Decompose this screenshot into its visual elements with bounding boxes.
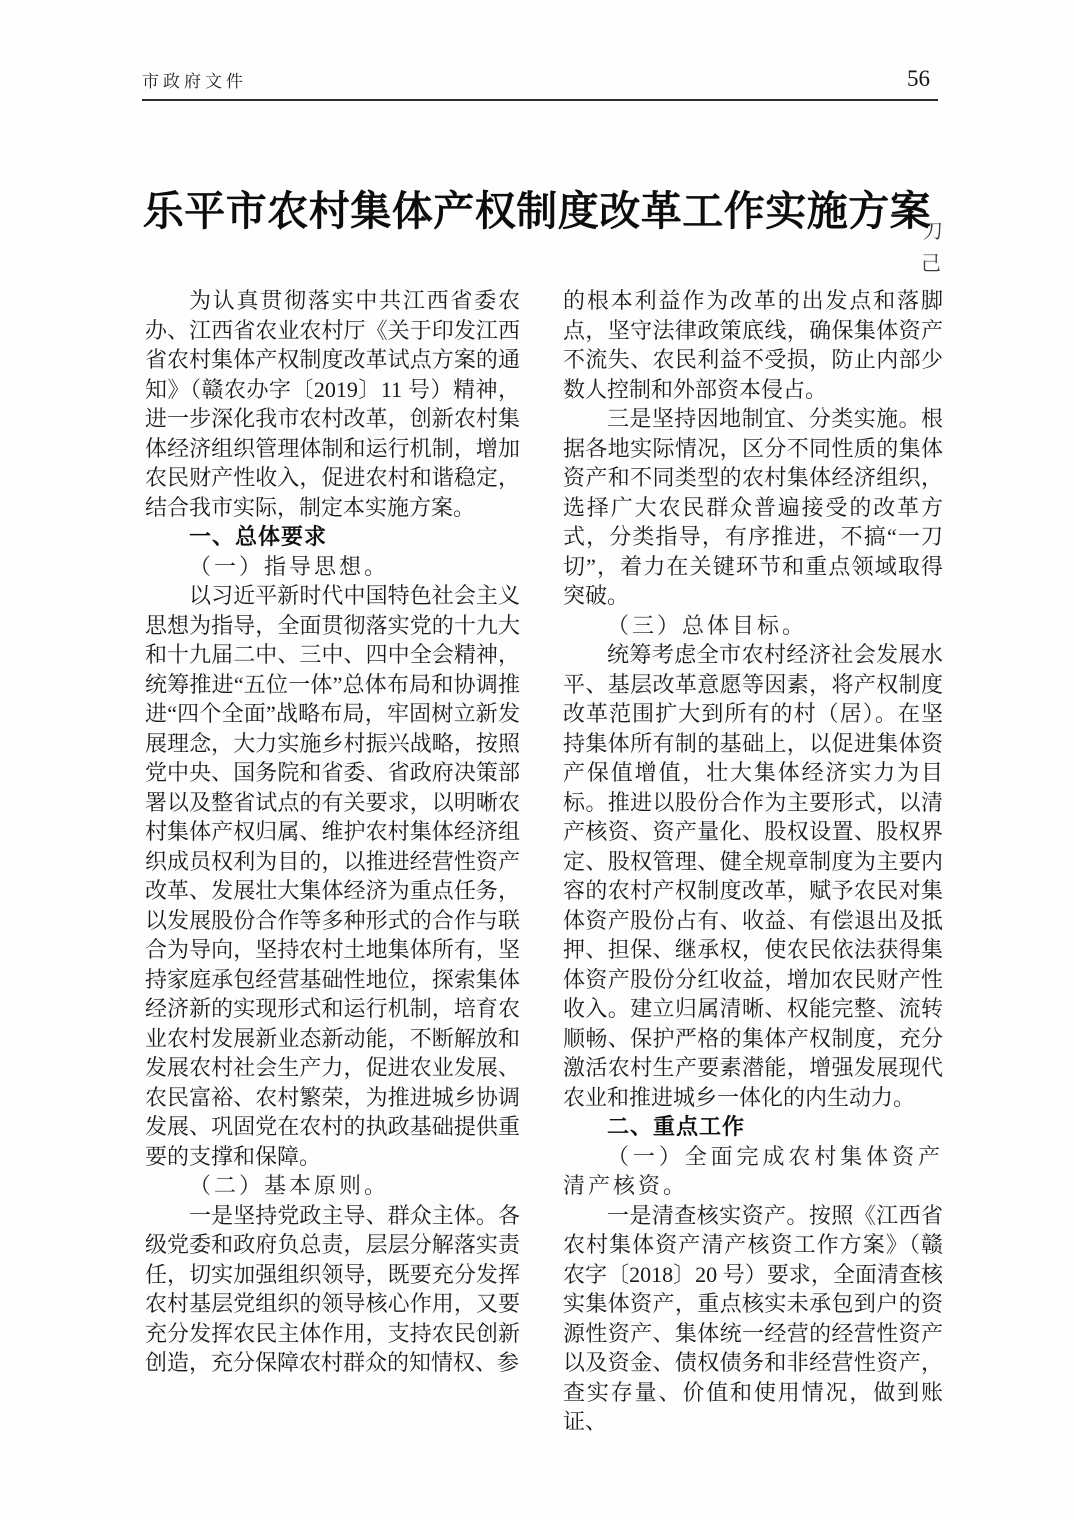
paragraph: 以习近平新时代中国特色社会主义思想为指导，全面贯彻落实党的十九大和十九届二中、三…	[145, 581, 520, 1171]
page-number: 56	[907, 66, 938, 92]
section-heading: 一、总体要求	[145, 522, 520, 552]
text-column-right: 的根本利益作为改革的出发点和落脚点，坚守法律政策底线，确保集体资产不流失、农民利…	[563, 286, 943, 1437]
subsection-heading: （二）基本原则。	[145, 1171, 520, 1201]
document-title: 乐平市农村集体产权制度改革工作实施方案	[0, 178, 1074, 237]
running-header: 市政府文件 56	[142, 66, 938, 101]
paragraph: 一是坚持党政主导、群众主体。各级党委和政府负总责，层层分解落实责任，切实加强组织…	[145, 1201, 520, 1378]
paragraph: 为认真贯彻落实中共江西省委农办、江西省农业农村厅《关于印发江西省农村集体产权制度…	[145, 286, 520, 522]
paragraph: 一是清查核实资产。按照《江西省农村集体资产清产核资工作方案》（赣农字〔2018〕…	[563, 1201, 943, 1437]
subsection-heading: （三）总体目标。	[563, 611, 943, 641]
paragraph: 统筹考虑全市农村经济社会发展水平、基层改革意愿等因素，将产权制度改革范围扩大到所…	[563, 640, 943, 1112]
subsection-heading: （一）全面完成农村集体资产清产核资。	[563, 1142, 943, 1201]
scan-artifact-glyph: 刀	[923, 222, 943, 242]
header-doc-category: 市政府文件	[142, 67, 247, 92]
body-columns: 为认真贯彻落实中共江西省委农办、江西省农业农村厅《关于印发江西省农村集体产权制度…	[145, 286, 943, 1437]
section-heading: 二、重点工作	[563, 1112, 943, 1142]
paragraph: 的根本利益作为改革的出发点和落脚点，坚守法律政策底线，确保集体资产不流失、农民利…	[563, 286, 943, 404]
document-page: 市政府文件 56 乐平市农村集体产权制度改革工作实施方案 刀 己 为认真贯彻落实…	[0, 0, 1074, 1520]
paragraph: 三是坚持因地制宜、分类实施。根据各地实际情况，区分不同性质的集体资产和不同类型的…	[563, 404, 943, 611]
subsection-heading: （一）指导思想。	[145, 552, 520, 582]
scan-artifact-glyph: 己	[921, 254, 941, 274]
text-column-left: 为认真贯彻落实中共江西省委农办、江西省农业农村厅《关于印发江西省农村集体产权制度…	[145, 286, 520, 1437]
